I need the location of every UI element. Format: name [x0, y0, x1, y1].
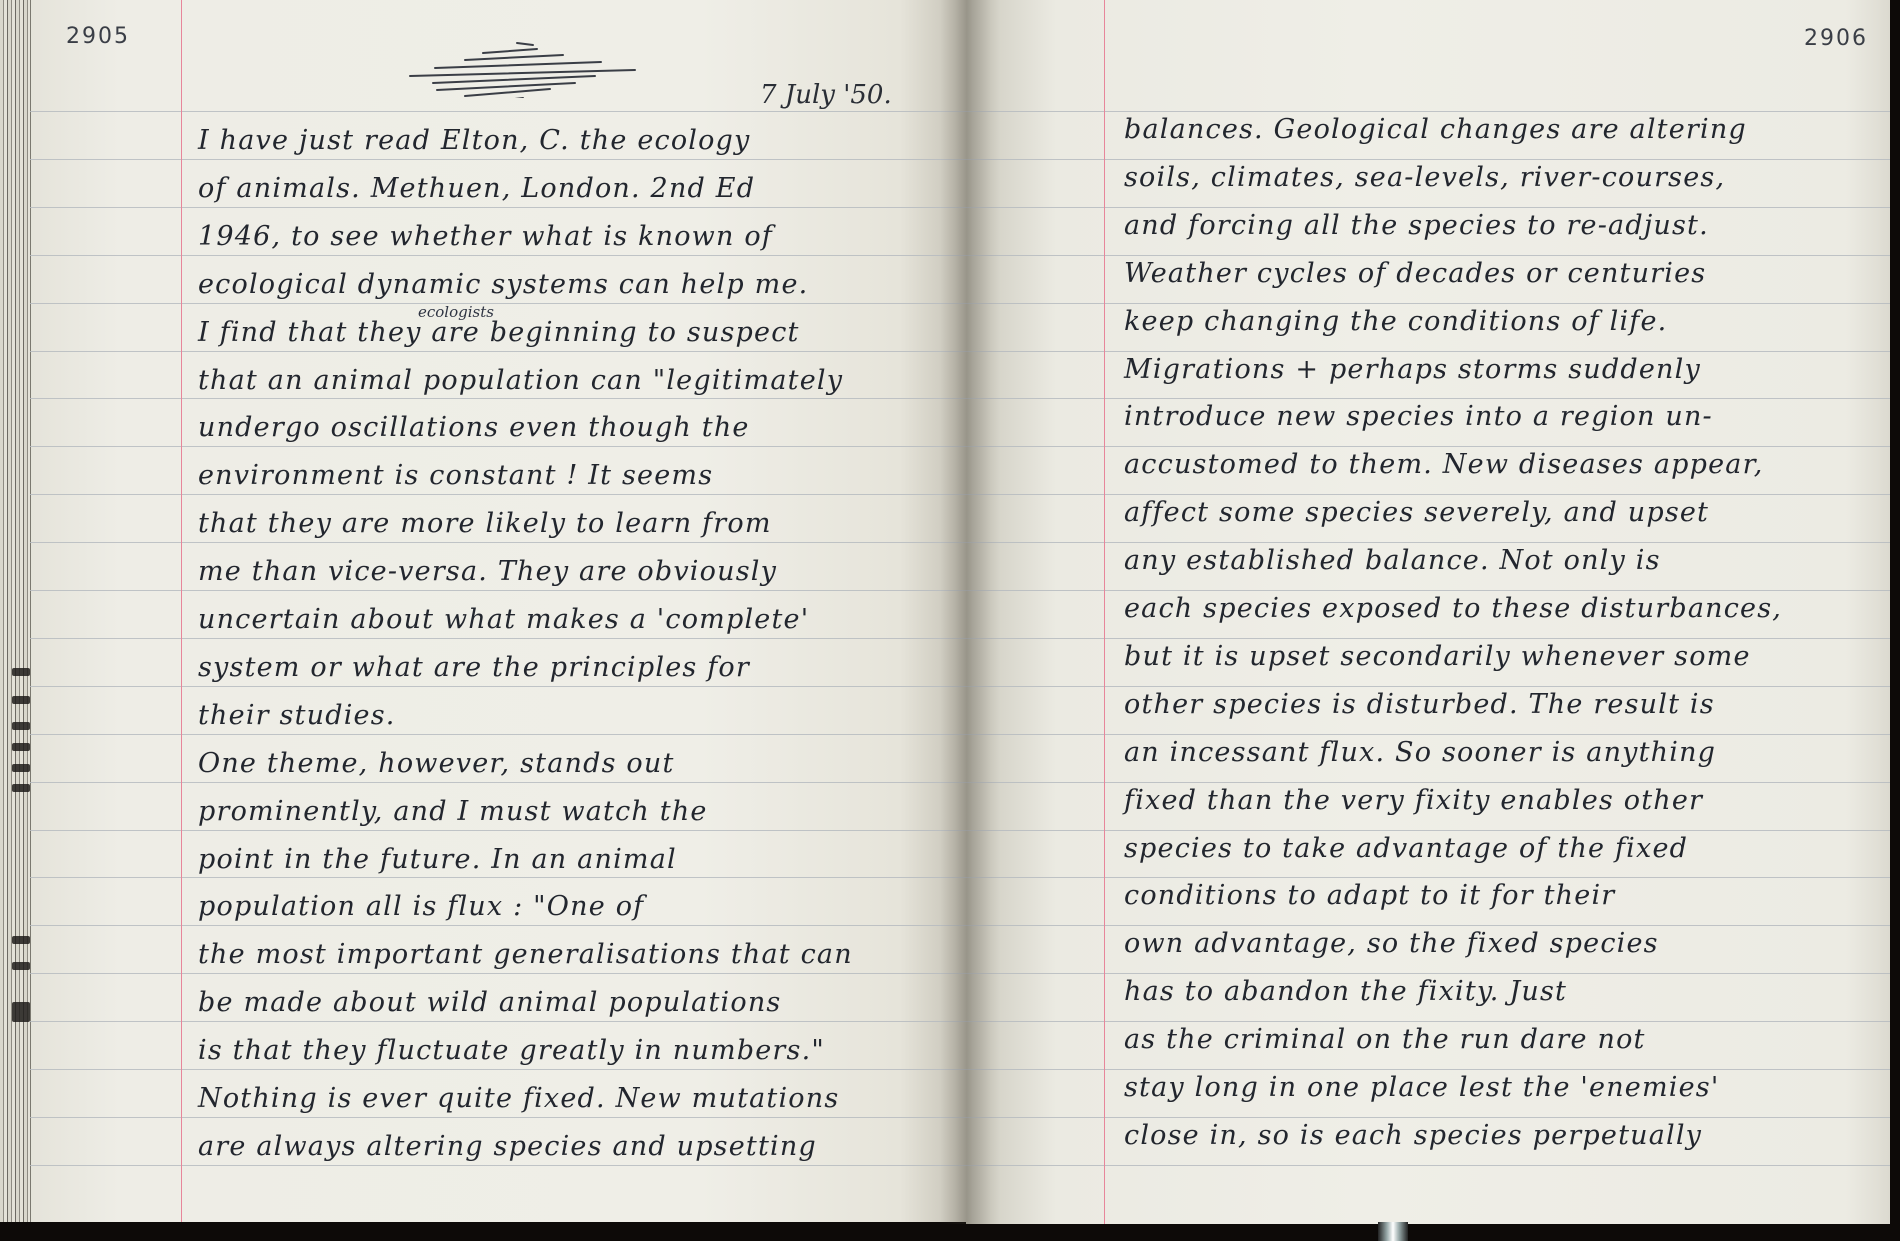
handwritten-line: that an animal population can "legitimat… — [198, 365, 843, 397]
margin-line — [1104, 0, 1105, 1224]
insertion-note: ecologists — [418, 303, 494, 321]
ruled-line — [30, 159, 966, 160]
index-tab-mark — [12, 962, 30, 970]
entry-date: 7 July '50. — [760, 80, 892, 110]
ruled-line — [30, 590, 966, 591]
handwritten-line: Weather cycles of decades or centuries — [1124, 258, 1706, 290]
handwritten-line: population all is flux : "One of — [198, 891, 644, 923]
ruled-line — [30, 1021, 966, 1022]
index-tab-mark — [12, 743, 30, 751]
handwritten-line: introduce new species into a region un- — [1124, 401, 1713, 433]
index-tab-mark — [12, 764, 30, 772]
ruled-line — [30, 255, 966, 256]
handwritten-line: point in the future. In an animal — [198, 844, 677, 876]
ruled-line — [30, 877, 966, 878]
ruled-line — [30, 925, 966, 926]
ruled-line — [30, 207, 966, 208]
handwritten-line: 1946, to see whether what is known of — [198, 221, 773, 253]
page-number: 2906 — [1804, 26, 1868, 51]
handwritten-line: as the criminal on the run dare not — [1124, 1024, 1646, 1056]
handwritten-line: One theme, however, stands out — [198, 748, 675, 780]
handwritten-line: but it is upset secondarily whenever som… — [1124, 641, 1751, 673]
ruled-line — [30, 542, 966, 543]
handwritten-line: uncertain about what makes a 'complete' — [198, 604, 809, 636]
light-glare — [1378, 1222, 1408, 1241]
handwritten-line: I find that they are beginning to suspec… — [198, 317, 800, 349]
handwritten-line: and forcing all the species to re-adjust… — [1124, 210, 1709, 242]
ruled-line — [30, 1165, 966, 1166]
ruled-line — [30, 398, 966, 399]
margin-line — [181, 0, 182, 1222]
handwritten-line: balances. Geological changes are alterin… — [1124, 114, 1747, 146]
handwritten-line: environment is constant ! It seems — [198, 460, 713, 492]
ruled-line — [30, 446, 966, 447]
handwritten-line: accustomed to them. New diseases appear, — [1124, 449, 1764, 481]
index-tab-mark — [12, 784, 30, 792]
handwritten-line: keep changing the conditions of life. — [1124, 306, 1667, 338]
ruled-line — [30, 782, 966, 783]
ruled-line — [30, 638, 966, 639]
ruled-line — [30, 303, 966, 304]
handwritten-line: the most important generalisations that … — [198, 939, 853, 971]
ruled-line — [30, 351, 966, 352]
handwritten-line: any established balance. Not only is — [1124, 545, 1661, 577]
handwritten-line: own advantage, so the fixed species — [1124, 928, 1659, 960]
handwritten-line: ecological dynamic systems can help me. — [198, 269, 808, 301]
ruled-line — [30, 734, 966, 735]
ruled-line — [30, 494, 966, 495]
index-tab-mark — [12, 722, 30, 730]
ruled-line — [30, 1069, 966, 1070]
handwritten-line: each species exposed to these disturbanc… — [1124, 593, 1782, 625]
handwritten-line: prominently, and I must watch the — [198, 796, 708, 828]
page-edge-stack — [0, 0, 31, 1222]
handwritten-line: undergo oscillations even though the — [198, 412, 750, 444]
ruled-line — [30, 973, 966, 974]
handwritten-line: conditions to adapt to it for their — [1124, 880, 1615, 912]
page-number: 2905 — [66, 24, 130, 49]
handwritten-line: be made about wild animal populations — [198, 987, 781, 1019]
handwritten-line: has to abandon the fixity. Just — [1124, 976, 1567, 1008]
handwritten-line: that they are more likely to learn from — [198, 508, 772, 540]
index-tab-mark — [12, 1002, 30, 1022]
handwritten-line: Nothing is ever quite fixed. New mutatio… — [198, 1083, 839, 1115]
handwritten-line: close in, so is each species perpetually — [1124, 1120, 1702, 1152]
handwritten-line: soils, climates, sea-levels, river-cours… — [1124, 162, 1725, 194]
handwritten-line: affect some species severely, and upset — [1124, 497, 1709, 529]
handwritten-line: I have just read Elton, C. the ecology — [198, 125, 751, 157]
handwritten-line: species to take advantage of the fixed — [1124, 833, 1688, 865]
index-tab-mark — [12, 696, 30, 704]
right-notebook-page: 2906 balances. Geological changes are al… — [966, 0, 1890, 1224]
handwritten-line: system or what are the principles for — [198, 652, 750, 684]
handwritten-line: of animals. Methuen, London. 2nd Ed — [198, 173, 755, 205]
ruled-line — [30, 1117, 966, 1118]
handwritten-line: Migrations + perhaps storms suddenly — [1124, 354, 1701, 386]
ruled-line — [30, 686, 966, 687]
handwritten-line: their studies. — [198, 700, 396, 732]
handwritten-line: is that they fluctuate greatly in number… — [198, 1035, 825, 1067]
handwritten-line: stay long in one place lest the 'enemies… — [1124, 1072, 1719, 1104]
handwritten-line: are always altering species and upsettin… — [198, 1131, 817, 1163]
handwritten-line: me than vice-versa. They are obviously — [198, 556, 777, 588]
index-tab-mark — [12, 936, 30, 944]
left-notebook-page: 2905 7 July '50. I have just read Elton,… — [0, 0, 966, 1222]
index-tab-mark — [12, 668, 30, 676]
section-divider-scribble-icon — [405, 38, 645, 98]
handwritten-line: an incessant flux. So sooner is anything — [1124, 737, 1716, 769]
ruled-line — [30, 111, 966, 112]
handwritten-line: other species is disturbed. The result i… — [1124, 689, 1715, 721]
handwritten-line: fixed than the very fixity enables other — [1124, 785, 1703, 817]
ruled-line — [30, 830, 966, 831]
